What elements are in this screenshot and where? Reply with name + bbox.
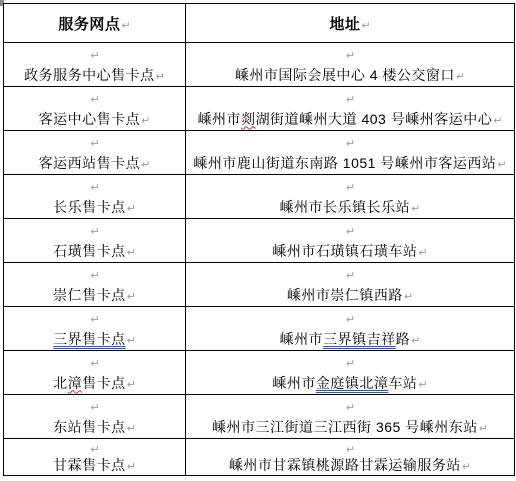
table-row: ↵客运西站售卡点↵↵嵊州市鹿山街道东南路 1051 号嵊州市客运西站↵ [4,131,515,175]
empty-paragraph-line: ↵ [186,88,514,109]
cell-text: 嵊州市甘霖镇桃源路甘霖运输服务站 [229,457,461,473]
paragraph-mark-icon: ↵ [90,358,99,370]
paragraph-mark-icon: ↵ [90,50,99,62]
text-line: 崇仁售卡点↵ [4,285,185,306]
empty-paragraph-line: ↵ [186,132,514,153]
paragraph-mark-icon: ↵ [90,402,99,414]
cell-text: 嵊州市 [198,111,242,127]
paragraph-mark-icon: ↵ [156,71,165,83]
paragraph-mark-icon: ↵ [90,226,99,238]
header-cell-outlet[interactable]: 服务网点↵ [4,4,186,43]
text-line: 东站售卡点↵ [4,417,185,438]
empty-paragraph-line: ↵ [4,396,185,417]
header-row: 服务网点↵ 地址↵ [4,4,515,43]
cell-text: 客运西站售卡点 [39,155,141,171]
empty-paragraph-line: ↵ [186,440,514,457]
paragraph-mark-icon: ↵ [90,444,99,456]
outlet-cell[interactable]: ↵东站售卡点↵ [4,395,186,439]
empty-paragraph-line: ↵ [4,132,185,153]
cell-text: 嵊州市 [272,375,316,391]
paragraph-mark-icon: ↵ [404,291,413,303]
table-row: ↵政务服务中心售卡点↵↵嵊州市国际会展中心 4 楼公交窗口↵ [4,43,515,87]
paragraph-mark-icon: ↵ [127,247,136,259]
text-line: 客运西站售卡点↵ [4,153,185,174]
text-line: 甘霖售卡点↵ [4,457,185,474]
paragraph-mark-icon: ↵ [418,379,427,391]
paragraph-mark-icon: ↵ [90,94,99,106]
paragraph-mark-icon: ↵ [127,423,136,435]
outlet-cell[interactable]: ↵北漳售卡点↵ [4,351,186,395]
empty-paragraph-line: ↵ [186,220,514,241]
outlet-cell[interactable]: ↵长乐售卡点↵ [4,175,186,219]
text-line: 三界售卡点↵ [4,329,185,350]
text-line: 客运中心售卡点↵ [4,109,185,130]
empty-paragraph-line: ↵ [186,308,514,329]
address-cell[interactable]: ↵嵊州市国际会展中心 4 楼公交窗口↵ [186,43,515,87]
empty-paragraph-line: ↵ [186,352,514,373]
paragraph-mark-icon: ↵ [90,138,99,150]
address-cell[interactable]: ↵嵊州市甘霖镇桃源路甘霖运输服务站↵ [186,439,515,476]
table-row: ↵石璜售卡点↵↵嵊州市石璜镇石璜车站↵ [4,219,515,263]
cell-text: 三界售卡点 [53,331,126,347]
paragraph-mark-icon: ↵ [127,291,136,303]
text-line: 嵊州市金庭镇北漳车站↵ [186,373,514,394]
cell-text: 崇仁售卡点 [53,287,126,303]
empty-paragraph-line: ↵ [4,440,185,457]
outlet-cell[interactable]: ↵客运西站售卡点↵ [4,131,186,175]
text-line: 石璜售卡点↵ [4,241,185,262]
cell-text: 路 [396,331,411,347]
paragraph-mark-icon: ↵ [141,115,150,127]
paragraph-mark-icon: ↵ [493,115,502,127]
table-row: ↵甘霖售卡点↵↵嵊州市甘霖镇桃源路甘霖运输服务站↵ [4,439,515,476]
cell-text: 嵊州市国际会展中心 4 楼公交窗口 [235,67,455,83]
text-line: 嵊州市崇仁镇西路↵ [186,285,514,306]
paragraph-mark-icon: ↵ [346,50,355,62]
address-cell[interactable]: ↵嵊州市剡湖街道嵊州大道 403 号嵊州客运中心↵ [186,87,515,131]
text-line: 嵊州市三界镇吉祥路↵ [186,329,514,350]
cell-text: 嵊州市 [280,331,324,347]
table-row: ↵东站售卡点↵↵嵊州市三江街道三江西街 365 号嵊州东站↵ [4,395,515,439]
table-row: ↵崇仁售卡点↵↵嵊州市崇仁镇西路↵ [4,263,515,307]
outlet-cell[interactable]: ↵甘霖售卡点↵ [4,439,186,476]
paragraph-mark-icon: ↵ [127,335,136,347]
paragraph-mark-icon: ↵ [346,314,355,326]
address-cell[interactable]: ↵嵊州市三江街道三江西街 365 号嵊州东站↵ [186,395,515,439]
address-cell[interactable]: ↵嵊州市崇仁镇西路↵ [186,263,515,307]
outlet-cell[interactable]: ↵政务服务中心售卡点↵ [4,43,186,87]
cell-text: 石璜售卡点 [53,243,126,259]
cell-text: 嵊州市长乐镇长乐站 [280,199,411,215]
service-outlets-table: 服务网点↵ 地址↵ ↵政务服务中心售卡点↵↵嵊州市国际会展中心 4 楼公交窗口↵… [3,3,515,476]
cell-text: 北 [53,375,68,391]
empty-paragraph-line: ↵ [186,264,514,285]
text-line: 嵊州市国际会展中心 4 楼公交窗口↵ [186,65,514,86]
paragraph-mark-icon: ↵ [411,203,420,215]
paragraph-mark-icon: ↵ [346,270,355,282]
empty-paragraph-line: ↵ [4,88,185,109]
address-cell[interactable]: ↵嵊州市长乐镇长乐站↵ [186,175,515,219]
text-line: 北漳售卡点↵ [4,373,185,394]
empty-paragraph-line: ↵ [4,352,185,373]
address-cell[interactable]: ↵嵊州市三界镇吉祥路↵ [186,307,515,351]
address-cell[interactable]: ↵嵊州市石璜镇石璜车站↵ [186,219,515,263]
cell-text: 政务服务中心售卡点 [24,67,155,83]
paragraph-mark-icon: ↵ [121,20,130,32]
cell-text: 东站售卡点 [53,419,126,435]
address-cell[interactable]: ↵嵊州市金庭镇北漳车站↵ [186,351,515,395]
paragraph-mark-icon: ↵ [346,182,355,194]
text-line: 长乐售卡点↵ [4,197,185,218]
text-line: 嵊州市剡湖街道嵊州大道 403 号嵊州客运中心↵ [186,109,514,130]
outlet-cell[interactable]: ↵客运中心售卡点↵ [4,87,186,131]
cell-text: 嵊州市崇仁镇西路 [287,287,403,303]
paragraph-mark-icon: ↵ [479,423,488,435]
outlet-cell[interactable]: ↵三界售卡点↵ [4,307,186,351]
cell-text: 嵊州市鹿山街道东南路 1051 号嵊州市客运西站 [193,155,496,171]
paragraph-mark-icon: ↵ [346,444,355,456]
paragraph-mark-icon: ↵ [361,20,370,32]
paragraph-mark-icon: ↵ [497,159,506,171]
cell-text: 甘霖售卡点 [53,457,126,473]
paragraph-mark-icon: ↵ [418,247,427,259]
table-row: ↵三界售卡点↵↵嵊州市三界镇吉祥路↵ [4,307,515,351]
text-line: 嵊州市鹿山街道东南路 1051 号嵊州市客运西站↵ [186,153,514,174]
cell-text: 售卡点 [82,375,126,391]
paragraph-mark-icon: ↵ [462,461,471,473]
text-line: 嵊州市三江街道三江西街 365 号嵊州东站↵ [186,417,514,438]
empty-paragraph-line: ↵ [4,308,185,329]
text-line: 嵊州市长乐镇长乐站↵ [186,197,514,218]
paragraph-mark-icon: ↵ [127,203,136,215]
empty-paragraph-line: ↵ [4,220,185,241]
header-label-outlet: 服务网点 [58,16,120,33]
header-label-address: 地址 [329,16,360,33]
cell-text: 车站 [388,375,417,391]
table-row: ↵长乐售卡点↵↵嵊州市长乐镇长乐站↵ [4,175,515,219]
document-page: 服务网点↵ 地址↵ ↵政务服务中心售卡点↵↵嵊州市国际会展中心 4 楼公交窗口↵… [0,0,516,481]
paragraph-mark-icon: ↵ [127,379,136,391]
empty-paragraph-line: ↵ [4,44,185,65]
empty-paragraph-line: ↵ [186,176,514,197]
empty-paragraph-line: ↵ [4,264,185,285]
paragraph-mark-icon: ↵ [90,270,99,282]
text-line: 政务服务中心售卡点↵ [4,65,185,86]
outlet-cell[interactable]: ↵崇仁售卡点↵ [4,263,186,307]
paragraph-mark-icon: ↵ [346,402,355,414]
paragraph-mark-icon: ↵ [411,335,420,347]
empty-paragraph-line: ↵ [186,396,514,417]
address-cell[interactable]: ↵嵊州市鹿山街道东南路 1051 号嵊州市客运西站↵ [186,131,515,175]
table-row: ↵客运中心售卡点↵↵嵊州市剡湖街道嵊州大道 403 号嵊州客运中心↵ [4,87,515,131]
cell-text: 漳 [68,375,83,391]
empty-paragraph-line: ↵ [186,44,514,65]
paragraph-mark-icon: ↵ [141,159,150,171]
cell-text: 剡 [241,111,256,127]
paragraph-mark-icon: ↵ [346,358,355,370]
cell-text: 嵊州市三江街道三江西街 365 号嵊州东站 [212,419,478,435]
table-row: ↵北漳售卡点↵↵嵊州市金庭镇北漳车站↵ [4,351,515,395]
cell-text: 三界镇吉祥 [323,331,396,347]
text-line: 嵊州市甘霖镇桃源路甘霖运输服务站↵ [186,457,514,474]
paragraph-mark-icon: ↵ [456,71,465,83]
header-cell-address[interactable]: 地址↵ [186,4,515,43]
empty-paragraph-line: ↵ [4,176,185,197]
cell-text: 长乐售卡点 [53,199,126,215]
cell-text: 金庭镇北漳 [316,375,389,391]
paragraph-mark-icon: ↵ [346,94,355,106]
paragraph-mark-icon: ↵ [90,314,99,326]
cell-text: 嵊州市石璜镇石璜车站 [272,243,417,259]
paragraph-mark-icon: ↵ [90,182,99,194]
text-line: 嵊州市石璜镇石璜车站↵ [186,241,514,262]
cell-text: 湖街道嵊州大道 403 号嵊州客运中心 [256,111,493,127]
paragraph-mark-icon: ↵ [127,461,136,473]
paragraph-mark-icon: ↵ [346,226,355,238]
paragraph-mark-icon: ↵ [346,138,355,150]
outlet-cell[interactable]: ↵石璜售卡点↵ [4,219,186,263]
cell-text: 客运中心售卡点 [39,111,141,127]
